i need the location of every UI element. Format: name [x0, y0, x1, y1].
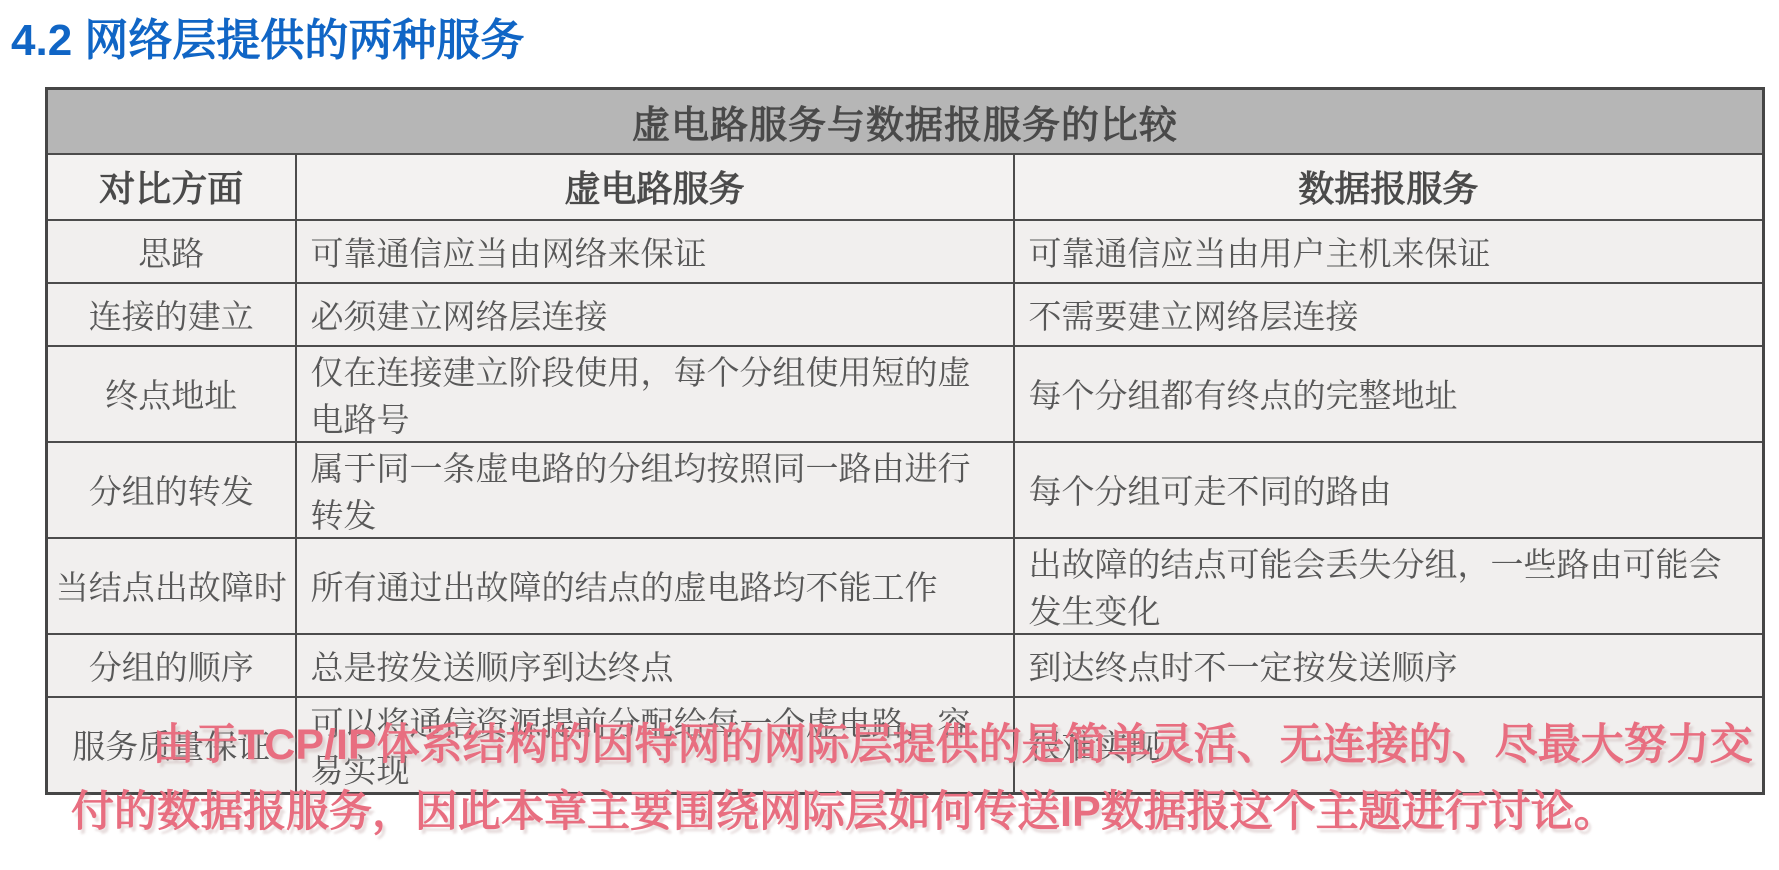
table-row: 终点地址 仅在连接建立阶段使用，每个分组使用短的虚电路号 每个分组都有终点的完整… [47, 346, 1764, 442]
table-row: 分组的转发 属于同一条虚电路的分组均按照同一路由进行转发 每个分组可走不同的路由 [47, 442, 1764, 538]
datagram-cell: 每个分组可走不同的路由 [1014, 442, 1764, 538]
column-header-aspect: 对比方面 [47, 154, 296, 220]
table-header-row: 对比方面 虚电路服务 数据报服务 [47, 154, 1764, 220]
virtual-circuit-cell: 仅在连接建立阶段使用，每个分组使用短的虚电路号 [296, 346, 1014, 442]
datagram-cell: 到达终点时不一定按发送顺序 [1014, 634, 1764, 697]
virtual-circuit-cell: 总是按发送顺序到达终点 [296, 634, 1014, 697]
virtual-circuit-cell: 必须建立网络层连接 [296, 283, 1014, 346]
datagram-cell: 不需要建立网络层连接 [1014, 283, 1764, 346]
row-label: 分组的转发 [47, 442, 296, 538]
table-row: 连接的建立 必须建立网络层连接 不需要建立网络层连接 [47, 283, 1764, 346]
summary-note-line-1: 由于TCP/IP体系结构的因特网的网际层提供的是简单灵活、无连接的、尽最大努力交 [0, 712, 1779, 779]
comparison-table: 虚电路服务与数据报服务的比较 对比方面 虚电路服务 数据报服务 思路 可靠通信应… [45, 87, 1765, 795]
table-title-row: 虚电路服务与数据报服务的比较 [47, 89, 1764, 154]
lecture-slide: 4.2 网络层提供的两种服务 虚电路服务与数据报服务的比较 对比方面 虚电路服务… [0, 0, 1779, 870]
datagram-cell: 出故障的结点可能会丢失分组，一些路由可能会发生变化 [1014, 538, 1764, 634]
summary-note-line-2: 付的数据报服务，因此本章主要围绕网际层如何传送IP数据报这个主题进行讨论。 [0, 779, 1779, 846]
row-label: 分组的顺序 [47, 634, 296, 697]
virtual-circuit-cell: 属于同一条虚电路的分组均按照同一路由进行转发 [296, 442, 1014, 538]
row-label: 当结点出故障时 [47, 538, 296, 634]
column-header-virtual-circuit: 虚电路服务 [296, 154, 1014, 220]
table-row: 分组的顺序 总是按发送顺序到达终点 到达终点时不一定按发送顺序 [47, 634, 1764, 697]
row-label: 思路 [47, 220, 296, 283]
table-title: 虚电路服务与数据报服务的比较 [47, 89, 1764, 154]
row-label: 连接的建立 [47, 283, 296, 346]
table-row: 当结点出故障时 所有通过出故障的结点的虚电路均不能工作 出故障的结点可能会丢失分… [47, 538, 1764, 634]
row-label: 终点地址 [47, 346, 296, 442]
page-title: 4.2 网络层提供的两种服务 [11, 4, 524, 68]
summary-note: 由于TCP/IP体系结构的因特网的网际层提供的是简单灵活、无连接的、尽最大努力交… [0, 712, 1779, 846]
column-header-datagram: 数据报服务 [1014, 154, 1764, 220]
datagram-cell: 每个分组都有终点的完整地址 [1014, 346, 1764, 442]
virtual-circuit-cell: 可靠通信应当由网络来保证 [296, 220, 1014, 283]
virtual-circuit-cell: 所有通过出故障的结点的虚电路均不能工作 [296, 538, 1014, 634]
table-row: 思路 可靠通信应当由网络来保证 可靠通信应当由用户主机来保证 [47, 220, 1764, 283]
datagram-cell: 可靠通信应当由用户主机来保证 [1014, 220, 1764, 283]
